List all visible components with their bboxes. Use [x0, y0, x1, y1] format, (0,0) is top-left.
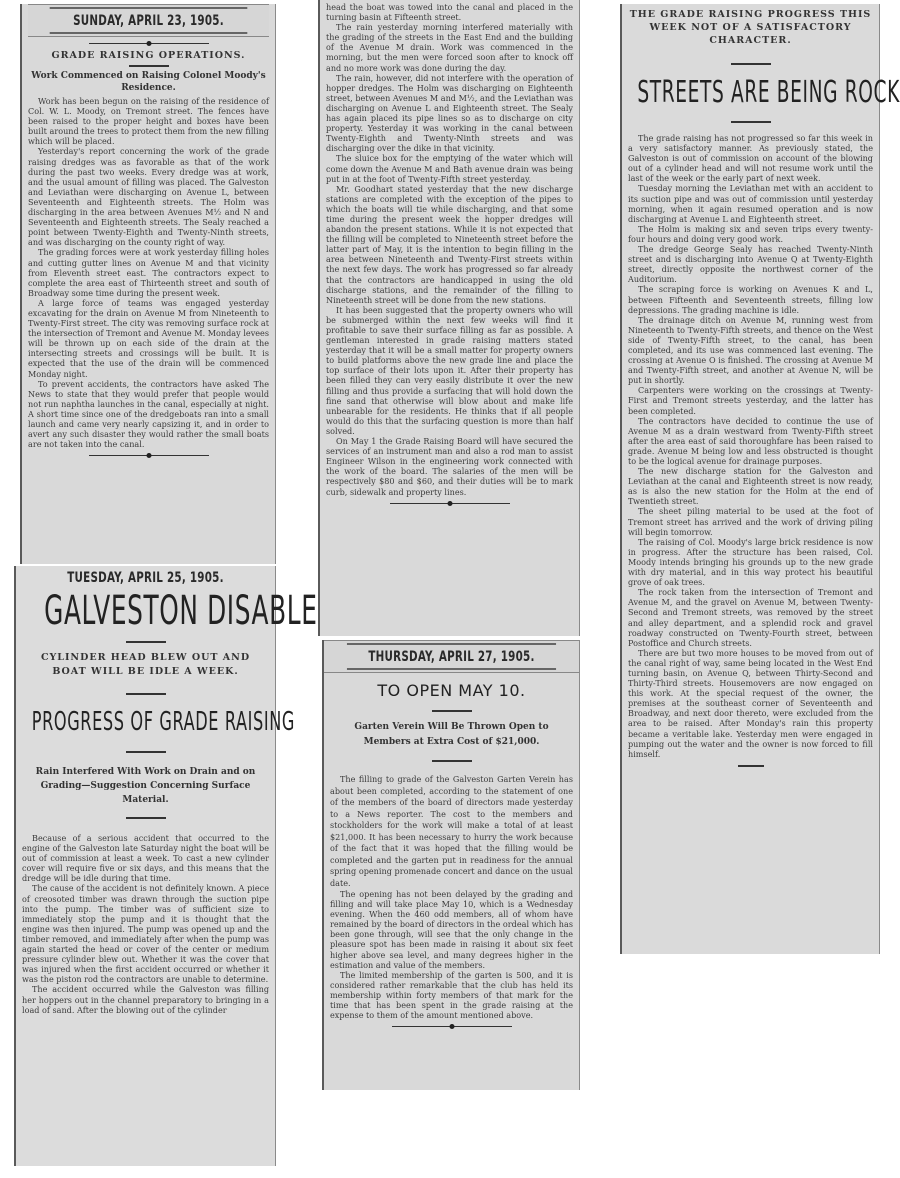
ornamental-divider — [89, 455, 209, 456]
paragraph: Carpenters were working on the crossings… — [628, 385, 873, 415]
banner-headline: TO OPEN MAY 10. — [330, 673, 573, 702]
paragraph: A large force of teams was engaged yeste… — [28, 298, 269, 379]
rule — [731, 121, 771, 123]
clipping-apr-25: TUESDAY, APRIL 25, 1905. GALVESTON DISAB… — [14, 566, 276, 1166]
subheadline: Garten Verein Will Be Thrown Open to Mem… — [330, 720, 573, 750]
paragraph: The sheet piling material to be used at … — [628, 506, 873, 536]
paragraph: head the boat was towed into the canal a… — [326, 2, 573, 22]
ornamental-divider — [390, 503, 510, 504]
rule — [126, 693, 166, 695]
dateline-box: THURSDAY, APRIL 27, 1905. — [324, 640, 579, 673]
paragraph: The accident occurred while the Galvesto… — [22, 984, 269, 1014]
paragraph: The Holm is making six and seven trips e… — [628, 224, 873, 244]
paragraph: Because of a serious accident that occur… — [22, 833, 269, 883]
ornamental-divider — [392, 1026, 512, 1027]
paragraph: Tuesday morning the Leviathan met with a… — [628, 183, 873, 223]
rule — [126, 751, 166, 753]
paragraph: The dredge George Sealy has reached Twen… — [628, 244, 873, 284]
paragraph: The rain yesterday morning interfered ma… — [326, 22, 573, 72]
subheadline: Rain Interfered With Work on Drain and o… — [22, 765, 269, 807]
article-body: The grade raising has not progressed so … — [628, 133, 873, 759]
paragraph: The sluice box for the emptying of the w… — [326, 153, 573, 183]
subheadline: CYLINDER HEAD BLEW OUT AND BOAT WILL BE … — [22, 651, 269, 679]
paragraph: The limited membership of the garten is … — [330, 970, 573, 1020]
paragraph: The grading forces were at work yesterda… — [28, 247, 269, 297]
rule — [738, 765, 764, 767]
clipping-apr-23: SUNDAY, APRIL 23, 1905. GRADE RAISING OP… — [20, 4, 276, 564]
dateline: THURSDAY, APRIL 27, 1905. — [347, 643, 556, 670]
subheadline: Work Commenced on Raising Colonel Moody'… — [28, 70, 269, 94]
paragraph: The rain, however, did not interfere wit… — [326, 73, 573, 154]
rule — [126, 641, 166, 643]
rule — [126, 817, 166, 819]
rule — [432, 760, 472, 762]
paragraph: The scraping force is working on Avenues… — [628, 284, 873, 314]
banner-headline: STREETS ARE BEING ROCKED — [637, 73, 863, 113]
article-body: Work has been begun on the raising of th… — [28, 96, 269, 449]
paragraph: To prevent accidents, the contractors ha… — [28, 379, 269, 450]
paragraph: The grade raising has not progressed so … — [628, 133, 873, 183]
rule — [731, 63, 771, 65]
paragraph: The filling to grade of the Galveston Ga… — [330, 774, 573, 889]
paragraph: On May 1 the Grade Raising Board will ha… — [326, 436, 573, 497]
subheadline: THE GRADE RAISING PROGRESS THIS WEEK NOT… — [628, 4, 873, 47]
clipping-apr-25-continued: head the boat was towed into the canal a… — [318, 0, 580, 636]
paragraph: The raising of Col. Moody's large brick … — [628, 537, 873, 587]
banner-headline: GALVESTON DISABLED — [44, 589, 247, 633]
headline: GRADE RAISING OPERATIONS. — [28, 50, 269, 62]
article-body: head the boat was towed into the canal a… — [326, 0, 573, 497]
dateline-box: SUNDAY, APRIL 23, 1905. — [28, 4, 269, 37]
article-body: The filling to grade of the Galveston Ga… — [330, 774, 573, 1020]
clipping-streets-rocked: THE GRADE RAISING PROGRESS THIS WEEK NOT… — [620, 4, 880, 954]
paragraph: The contractors have decided to continue… — [628, 416, 873, 466]
paragraph: The new discharge station for the Galves… — [628, 466, 873, 506]
paragraph: It has been suggested that the property … — [326, 305, 573, 436]
paragraph: Work has been begun on the raising of th… — [28, 96, 269, 146]
paragraph: There are but two more houses to be move… — [628, 648, 873, 759]
banner-headline: PROGRESS OF GRADE RAISING — [32, 705, 260, 739]
rule — [129, 65, 169, 67]
paragraph: The cause of the accident is not definit… — [22, 883, 269, 984]
paragraph: The drainage ditch on Avenue M, running … — [628, 315, 873, 386]
dateline: TUESDAY, APRIL 25, 1905. — [44, 566, 247, 589]
clipping-apr-27: THURSDAY, APRIL 27, 1905. TO OPEN MAY 10… — [322, 640, 580, 1090]
article-body: Because of a serious accident that occur… — [22, 833, 269, 1015]
dateline: SUNDAY, APRIL 23, 1905. — [50, 7, 248, 34]
rule — [432, 710, 472, 712]
paragraph: The opening has not been delayed by the … — [330, 889, 573, 970]
paragraph: The rock taken from the intersection of … — [628, 587, 873, 648]
paragraph: Mr. Goodhart stated yesterday that the n… — [326, 184, 573, 305]
paragraph: Yesterday's report concerning the work o… — [28, 146, 269, 247]
ornamental-divider — [89, 43, 209, 44]
